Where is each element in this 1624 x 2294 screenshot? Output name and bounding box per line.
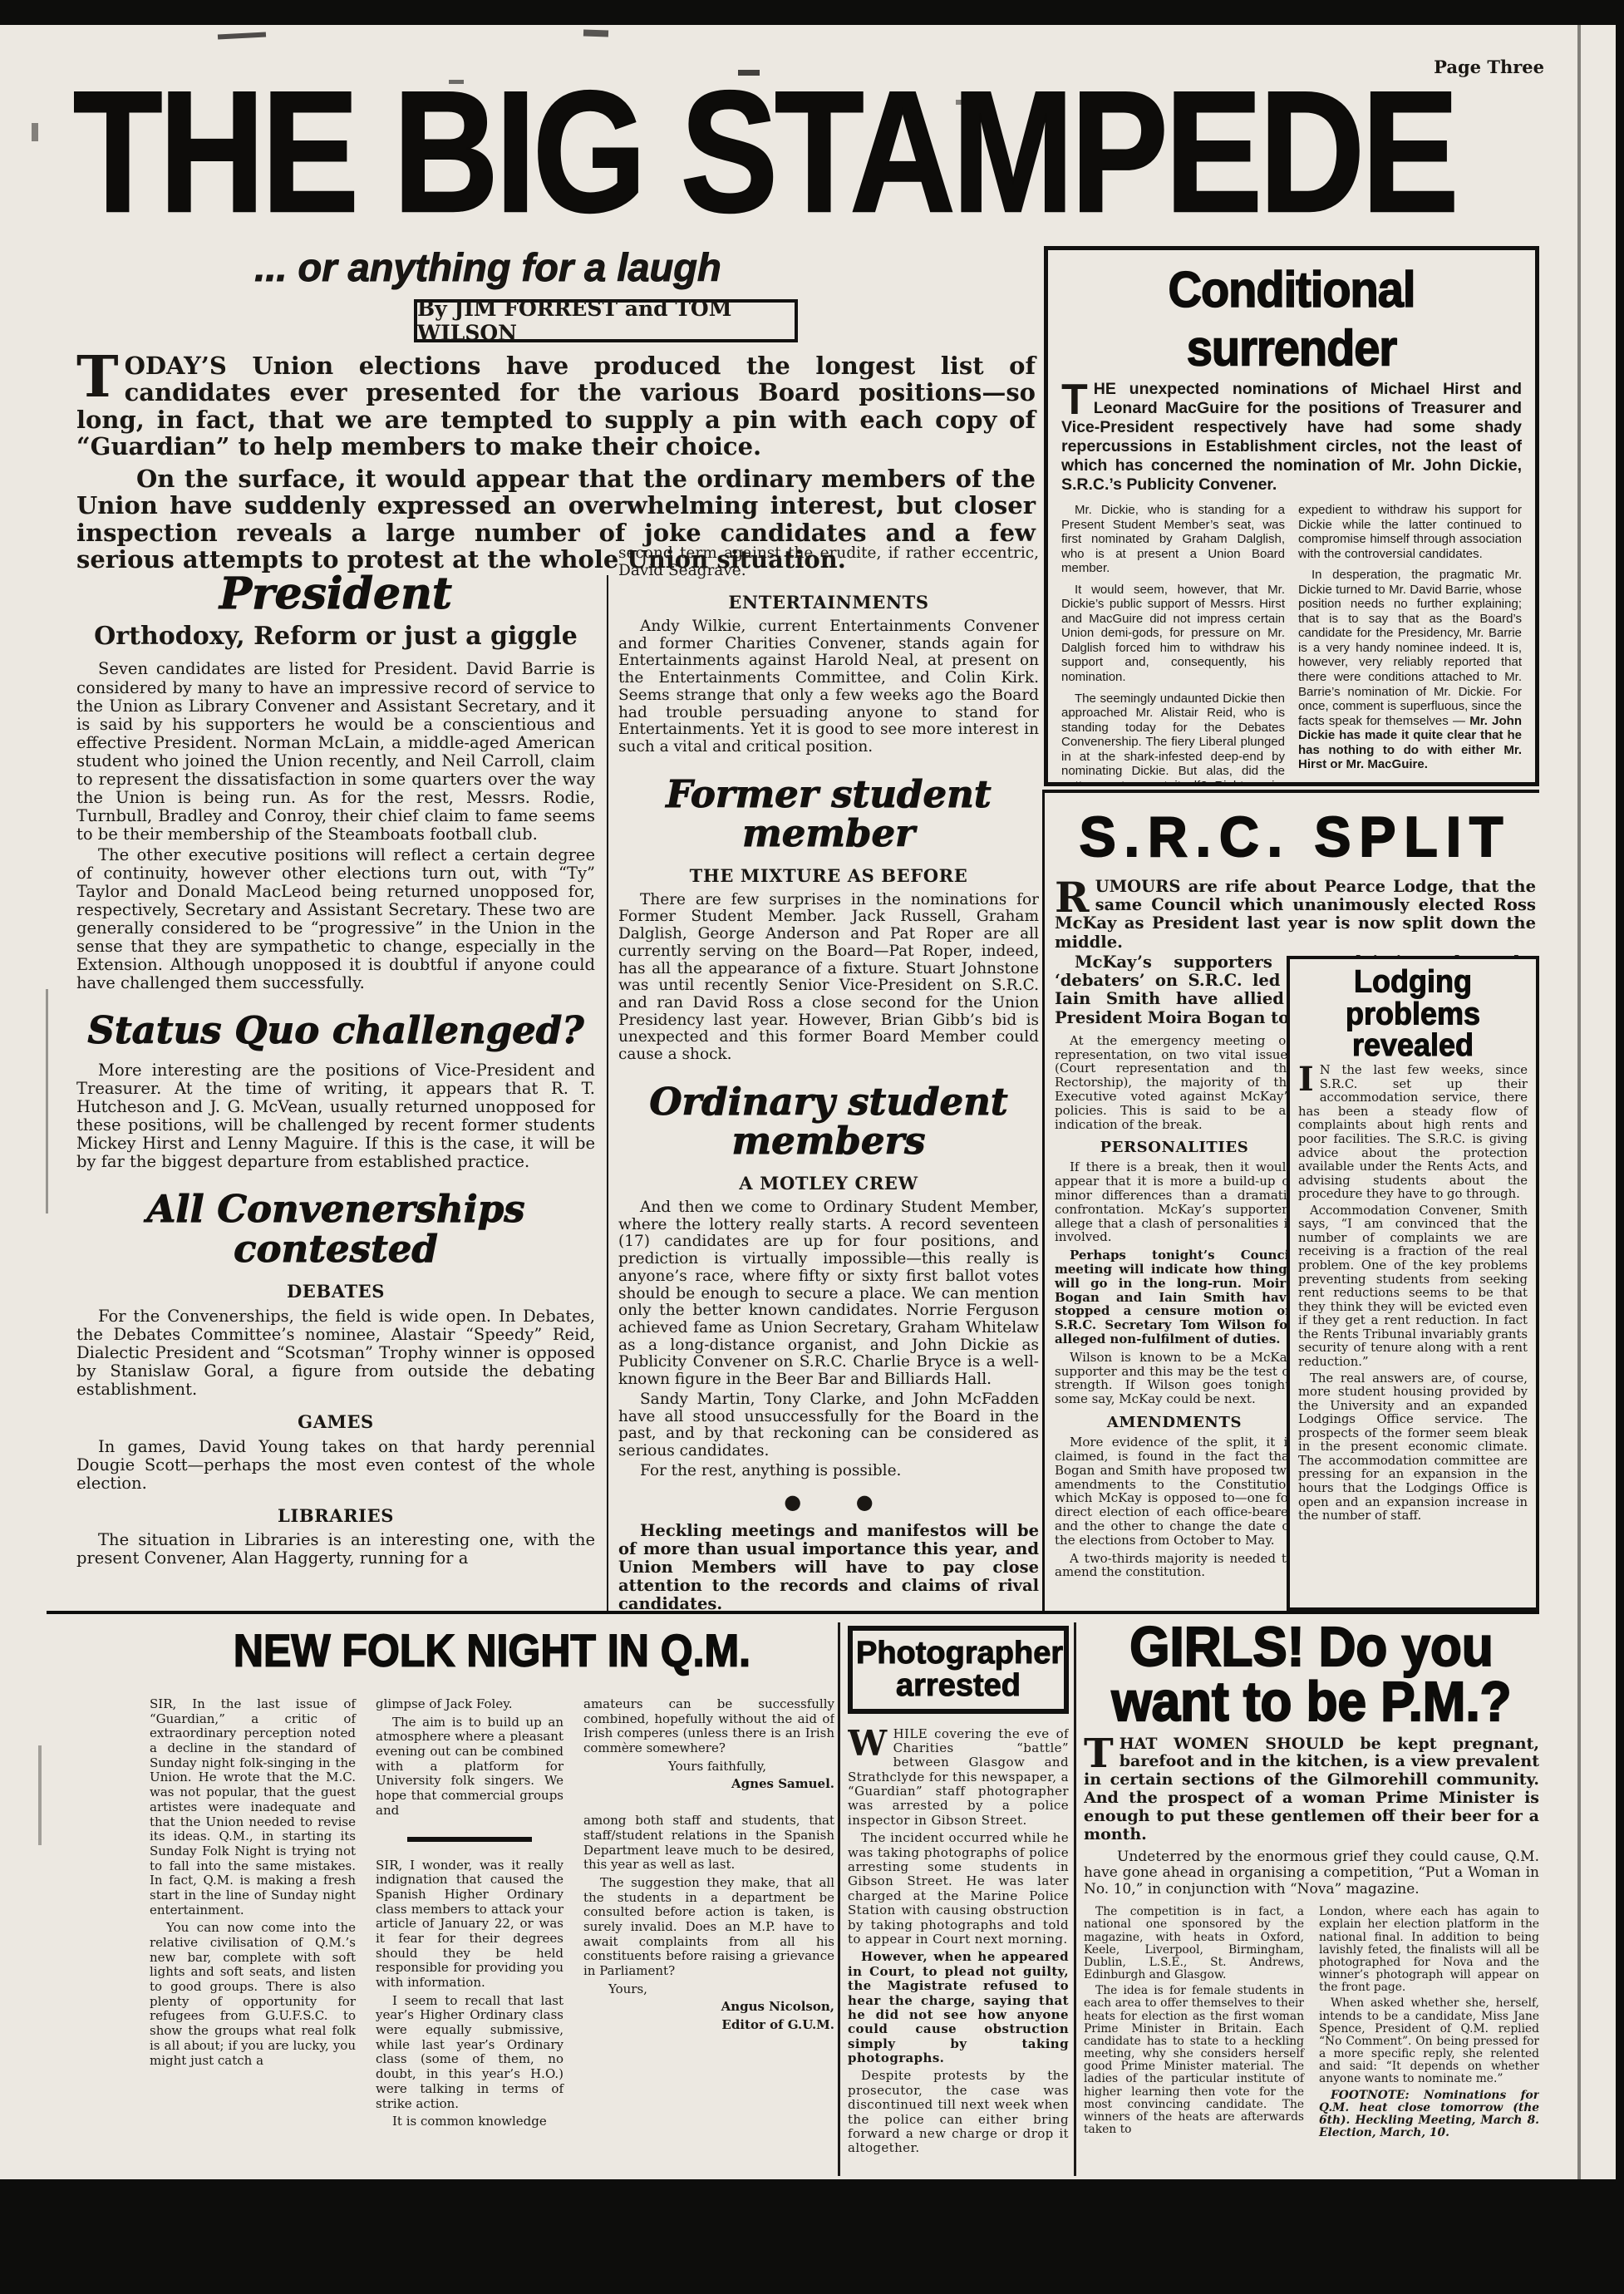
amendments-label: AMENDMENTS [1055,1415,1294,1431]
letter-paragraph: SIR, I wonder, was it really indignation… [376,1858,563,1991]
article-paragraph: The incident occurred while he was takin… [848,1831,1069,1947]
letter-signature: Agnes Samuel. [583,1777,834,1792]
column-rule [607,575,608,1611]
continuation-paragraph: second term against the erudite, if rath… [618,545,1039,579]
girls-col-1: The competition is in fact, a national o… [1084,1906,1304,2143]
article-paragraph: Mr. Dickie, who is standing for a Presen… [1061,503,1285,576]
sub-headline: ... or anything for a laugh [243,244,733,290]
girls-heading: GIRLS! Do youwant to be P.M.? [1084,1621,1539,1730]
entertainments-label: ENTERTAINMENTS [618,593,1039,613]
article-paragraph: More interesting are the positions of Vi… [76,1061,595,1171]
debates-label: DEBATES [76,1282,595,1302]
letter-col-2: glimpse of Jack Foley. The aim is to bui… [376,1697,563,2133]
top-edge-bar [0,0,1624,25]
scan-artifact [1577,25,1581,2179]
drop-cap: W [848,1730,888,1758]
letter-paragraph: I seem to recall that last year’s Higher… [376,1994,563,2112]
president-subheading: Orthodoxy, Reform or just a giggle [76,623,595,651]
president-column: President Orthodoxy, Reform or just a gi… [76,572,595,1612]
right-edge-bar [1616,0,1624,2294]
article-paragraph: expedient to withdraw his support for Di… [1298,503,1522,561]
libraries-label: LIBRARIES [76,1506,595,1526]
article-paragraph: The seemingly undaunted Dickie then appr… [1061,692,1285,786]
games-label: GAMES [76,1412,595,1432]
lodging-heading: Lodging problemsrevealed [1298,966,1528,1062]
heading-line: members [732,1119,926,1163]
letter-paragraph: among both staff and students, that staf… [583,1814,834,1873]
article-paragraph: More evidence of the split, it is claime… [1055,1435,1294,1547]
paragraph-text: N the last few weeks, since S.R.C. set u… [1298,1063,1528,1201]
column-rule [1074,1622,1076,2176]
scan-artifact [583,29,608,37]
article-paragraph: If there is a break, then it would appea… [1055,1160,1294,1244]
article-paragraph: Andy Wilkie, current Entertainments Conv… [618,618,1039,756]
drop-cap: T [76,355,119,401]
conditional-surrender-article: Conditional surrender THE unexpected nom… [1044,246,1539,786]
letter-paragraph: You can now come into the relative civil… [150,1921,356,2068]
letter-paragraph: It is common knowledge [376,2114,563,2129]
heading-line: contested [234,1227,438,1271]
heading-line: Lodging problems [1346,963,1480,1031]
letter-paragraph: amateurs can be successfully combined, h… [583,1697,834,1756]
article-paragraph: Accommodation Convener, Smith says, “I a… [1298,1204,1528,1370]
girls-intro-2: Undeterred by the enormous grief they co… [1084,1849,1539,1898]
girls-col-2: London, where each has again to explain … [1319,1906,1539,2143]
intro-text: HAT WOMEN SHOULD be kept pregnant, baref… [1084,1735,1539,1844]
article-paragraph: Seven candidates are listed for Presiden… [76,660,595,843]
intro-text: UMOURS are rife about Pearce Lodge, that… [1055,877,1536,952]
letter-paragraph: The aim is to build up an atmosphere whe… [376,1716,563,1819]
girls-columns: The competition is in fact, a national o… [1084,1906,1539,2143]
letter-divider-rule [407,1837,532,1842]
paragraph-text: In desperation, the pragmatic Mr. Dickie… [1298,568,1522,727]
article-paragraph: London, where each has again to explain … [1319,1906,1539,1994]
letter-paragraph: The suggestion they make, that all the s… [583,1876,834,1979]
byline-box: By JIM FORREST and TOM WILSON [414,299,798,342]
conditional-col-2: expedient to withdraw his support for Di… [1298,503,1522,786]
letter-paragraph: glimpse of Jack Foley. [376,1697,563,1712]
article-paragraph: In games, David Young takes on that hard… [76,1438,595,1493]
article-paragraph: For the rest, anything is possible. [618,1463,1039,1480]
article-paragraph: WHILE covering the eve of Charities “bat… [848,1727,1069,1829]
photographer-body: WHILE covering the eve of Charities “bat… [848,1727,1069,2156]
conditional-surrender-heading: Conditional surrender [1061,260,1522,377]
article-paragraph: It would seem, however, that Mr. Dickie’… [1061,583,1285,685]
article-paragraph: The competition is in fact, a national o… [1084,1906,1304,1981]
byline-text: By JIM FORREST and TOM WILSON [417,297,795,345]
article-paragraph: A two-thirds majority is needed to amend… [1055,1552,1294,1580]
conditional-intro: THE unexpected nominations of Michael Hi… [1061,380,1522,495]
newspaper-page: Page Three THE BIG STAMPEDE ... or anyth… [0,0,1624,2294]
bullet-separator: ● ● [618,1491,1039,1514]
heading-line: arrested [856,1670,1061,1702]
lead-paragraph: TODAY’S Union elections have produced th… [76,352,1036,460]
main-headline-text: THE BIG STAMPEDE [73,75,1503,230]
article-paragraph: At the emergency meeting on representati… [1055,1034,1294,1132]
lodging-problems-article: Lodging problemsrevealed IN the last few… [1287,956,1539,1611]
scan-artifact [46,989,48,1213]
main-headline: THE BIG STAMPEDE [73,75,1503,206]
article-paragraph: And then we come to Ordinary Student Mem… [618,1199,1039,1389]
drop-cap: I [1298,1066,1314,1094]
mixture-label: THE MIXTURE AS BEFORE [618,866,1039,886]
personalities-label: PERSONALITIES [1055,1140,1294,1156]
convenerships-heading: All Convenershipscontested [76,1189,595,1268]
president-heading: President [76,572,595,618]
girls-intro: THAT WOMEN SHOULD be kept pregnant, bare… [1084,1735,1539,1844]
folk-night-letters: NEW FOLK NIGHT IN Q.M. SIR, In the last … [150,1624,834,2176]
heading-line: All Convenerships [146,1187,524,1231]
letter-col-1: SIR, In the last issue of “Guardian,” a … [150,1697,356,2133]
emphasis-paragraph: Heckling meetings and manifestos will be… [618,1522,1039,1612]
lead-paragraph-text: ODAY’S Union elections have produced the… [76,352,1036,460]
drop-cap: R [1055,880,1090,914]
folk-night-heading: NEW FOLK NIGHT IN Q.M. [150,1624,834,1677]
intro-text: HE unexpected nominations of Michael Hir… [1061,380,1522,494]
heading-line: revealed [1352,1027,1474,1063]
article-paragraph: IN the last few weeks, since S.R.C. set … [1298,1064,1528,1202]
src-split-column: At the emergency meeting on representati… [1055,1034,1294,1579]
scan-artifact [218,32,266,39]
footnote-paragraph: FOOTNOTE: Nominations for Q.M. heat clos… [1319,2090,1539,2140]
former-student-heading: Former student member [618,775,1039,854]
lead-story-intro: TODAY’S Union elections have produced th… [76,352,1036,573]
article-paragraph: When asked whether she, herself, intends… [1319,1997,1539,2085]
motley-crew-label: A MOTLEY CREW [618,1174,1039,1194]
heading-line: want to be P.M.? [1111,1671,1511,1733]
letter-signoff: Yours, [583,1982,834,1997]
article-paragraph: For the Convenerships, the field is wide… [76,1307,595,1399]
article-paragraph: The idea is for female students in each … [1084,1985,1304,2136]
scan-artifact [32,123,38,141]
middle-column: second term against the erudite, if rath… [618,545,1039,1612]
photographer-heading-box: Photographer arrested [848,1626,1069,1714]
ordinary-members-heading: Ordinary studentmembers [618,1082,1039,1161]
heading-line: Ordinary student [649,1080,1007,1124]
scan-artifact [38,1745,42,1845]
article-paragraph: The situation in Libraries is an interes… [76,1531,595,1568]
letter-col-3: amateurs can be successfully combined, h… [583,1697,834,2133]
article-paragraph: The other executive positions will refle… [76,846,595,992]
photographer-arrested-article: Photographer arrested WHILE covering the… [848,1626,1069,2176]
heading-line: GIRLS! Do you [1129,1621,1493,1678]
girls-pm-article: GIRLS! Do youwant to be P.M.? THAT WOMEN… [1084,1621,1539,2176]
article-paragraph: There are few surprises in the nominatio… [618,892,1039,1064]
bottom-edge-bar [0,2179,1624,2294]
heading-line: Photographer [856,1637,1061,1670]
letter-columns: SIR, In the last issue of “Guardian,” a … [150,1697,834,2133]
article-paragraph: The real answers are, of course, more st… [1298,1372,1528,1524]
status-quo-heading: Status Quo challenged? [76,1011,595,1050]
letter-signature-role: Editor of G.U.M. [583,2018,834,2033]
intro-paragraph: RUMOURS are rife about Pearce Lodge, tha… [1055,878,1536,952]
article-paragraph: Despite protests by the prosecutor, the … [848,2069,1069,2155]
lodging-body: IN the last few weeks, since S.R.C. set … [1298,1064,1528,1524]
article-paragraph: Sandy Martin, Tony Clarke, and John McFa… [618,1391,1039,1460]
letter-signature: Angus Nicolson, [583,2000,834,2015]
article-paragraph-bold: Perhaps tonight’s Council meeting will i… [1055,1248,1294,1346]
article-paragraph: In desperation, the pragmatic Mr. Dickie… [1298,568,1522,772]
conditional-columns: Mr. Dickie, who is standing for a Presen… [1061,503,1522,786]
drop-cap: T [1084,1738,1114,1770]
article-paragraph: Wilson is known to be a McKay supporter … [1055,1351,1294,1406]
conditional-col-1: Mr. Dickie, who is standing for a Presen… [1061,503,1285,786]
letter-signoff: Yours faithfully, [583,1760,834,1775]
drop-cap: T [1061,382,1088,418]
article-paragraph-bold: However, when he appeared in Court, to p… [848,1950,1069,2065]
column-rule [838,1622,840,2176]
letter-paragraph: SIR, In the last issue of “Guardian,” a … [150,1697,356,1917]
src-split-heading: S.R.C. SPLIT [1055,805,1536,869]
